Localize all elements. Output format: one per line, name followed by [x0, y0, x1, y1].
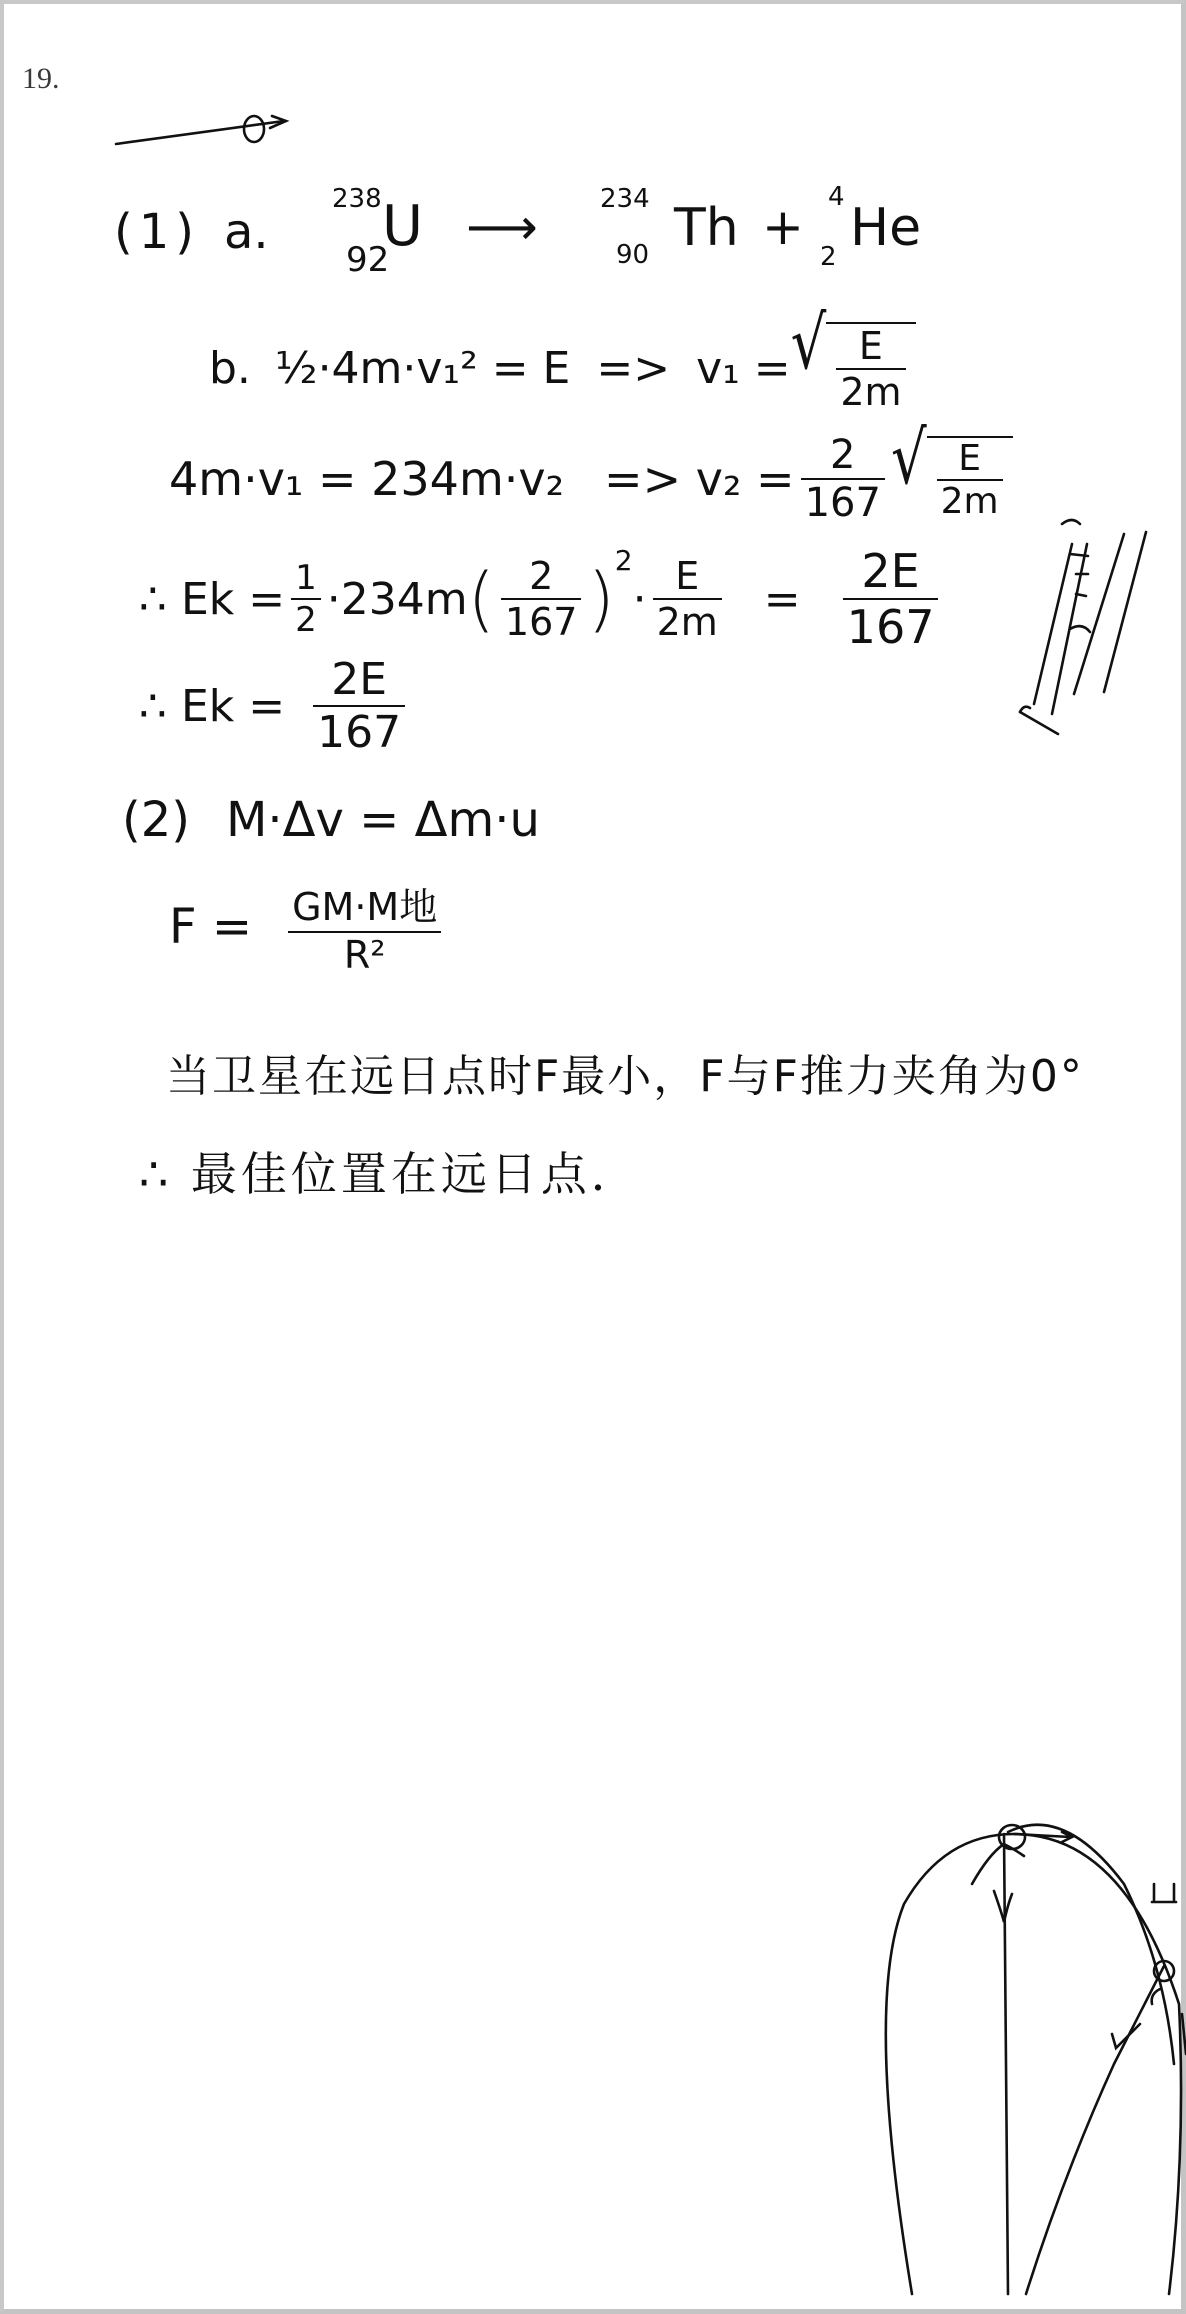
- v1-sqrt: √ E 2m: [791, 322, 916, 414]
- gravity-fraction: GM·M地 R²: [288, 876, 441, 977]
- he-symbol: He: [850, 198, 921, 258]
- part1-b-label: b.: [209, 343, 251, 394]
- u-mass-number: 238: [332, 184, 382, 214]
- he-mass-number: 4: [828, 182, 845, 212]
- equals-sign: =: [764, 574, 801, 625]
- exponent: 2: [615, 544, 633, 577]
- part1-label: (1): [114, 204, 200, 260]
- rocket-scribble-icon: [1020, 520, 1146, 734]
- implies-symbol: =>: [596, 343, 670, 394]
- v2-sqrt: √ E 2m: [891, 436, 1013, 522]
- thorium-mass: ·234m: [327, 574, 468, 625]
- force-label: F =: [169, 899, 252, 955]
- paren-fraction: 2 167: [501, 554, 582, 644]
- half-fraction: 1 2: [291, 558, 321, 640]
- rocket-momentum-equation: M·Δv = Δm·u: [226, 792, 540, 848]
- plus-sign: +: [762, 198, 804, 256]
- part1-b-line2: 4m·v₁ = 234m·v₂ => v₂ = 2 167 √ E 2m: [169, 432, 1013, 526]
- th-atomic-number: 90: [616, 240, 649, 270]
- part2-momentum-line: (2) M·Δv = Δm·u: [122, 792, 540, 848]
- part1-b-line3: ∴ Ek = 1 2 ·234m ( 2 167 ) 2 · E 2m = 2E…: [139, 544, 944, 654]
- part2-force-line: F = GM·M地 R²: [169, 876, 447, 977]
- answer-sheet: 19.: [0, 0, 1186, 2314]
- part2-sentence-2: ∴ 最佳位置在远日点．: [139, 1138, 641, 1204]
- part2-label: (2): [122, 792, 190, 848]
- th-symbol: Th: [674, 198, 739, 258]
- ek-final-label: ∴ Ek =: [139, 681, 285, 732]
- ek-final-fraction: 2E 167: [313, 654, 405, 758]
- sqrt-symbol: √: [791, 308, 827, 428]
- part1-b-line1: b. ½·4m·v₁² = E => v₁ = √ E 2m: [209, 322, 916, 414]
- v2-coefficient: 2 167: [801, 432, 885, 526]
- result-fraction: 2E 167: [843, 544, 939, 654]
- part1-a-label: a.: [224, 204, 269, 260]
- part1-a-equation: (1) a. 238 92 U ⟶ 234 90 Th + 4 2 He: [114, 184, 1014, 304]
- question-number: 19.: [22, 62, 60, 96]
- momentum-conservation: 4m·v₁ = 234m·v₂: [169, 452, 564, 506]
- reaction-arrow: ⟶: [466, 198, 538, 256]
- he-atomic-number: 2: [820, 242, 837, 272]
- e-over-2m: E 2m: [653, 554, 722, 644]
- kinetic-energy-equation: ½·4m·v₁² = E: [275, 343, 570, 394]
- v2-label: => v₂ =: [604, 452, 795, 506]
- v1-label: v₁ =: [696, 343, 791, 394]
- orbit-diagram: [886, 1825, 1186, 2294]
- part1-b-line4: ∴ Ek = 2E 167: [139, 654, 411, 758]
- part2-sentence-1: 当卫星在远日点时F最小，F与F推力夹角为0°: [166, 1040, 1084, 1104]
- u-symbol: U: [382, 194, 423, 259]
- th-mass-number: 234: [600, 184, 650, 214]
- top-arrow-sketch: [116, 116, 286, 144]
- ek-label: ∴ Ek =: [139, 574, 285, 625]
